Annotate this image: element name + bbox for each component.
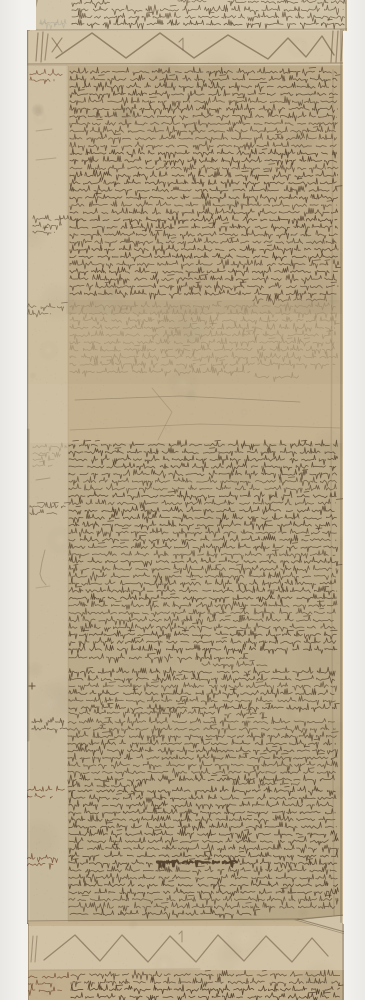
text-block-5 (32, 720, 338, 789)
marginal-note-b (32, 217, 70, 239)
text-block-7 (68, 854, 339, 917)
stitch-marks-left (35, 31, 64, 63)
marginal-note-top (38, 20, 68, 29)
marginal-note-d (32, 445, 70, 473)
marginal-note-c (27, 305, 67, 321)
marginal-note-g (26, 856, 64, 873)
marginal-note-h (26, 975, 69, 1000)
membrane-join-top (28, 31, 346, 65)
text-block-4 (68, 670, 337, 718)
marginal-note-e (29, 505, 67, 521)
stitch-marks-right (329, 29, 346, 63)
text-block-2-faded (69, 304, 337, 380)
marginal-note-a (29, 72, 67, 88)
text-block-1 (69, 70, 340, 302)
text-block-opening (70, 0, 347, 29)
blank-gap (28, 382, 343, 442)
marginal-note-f (25, 788, 67, 805)
text-block-6 (68, 789, 338, 850)
membrane-join-bottom (28, 922, 345, 970)
annotation-overlay (0, 0, 365, 1000)
manuscript-photo (0, 0, 365, 1000)
text-block-8 (70, 972, 341, 1000)
text-block-3 (68, 443, 338, 667)
